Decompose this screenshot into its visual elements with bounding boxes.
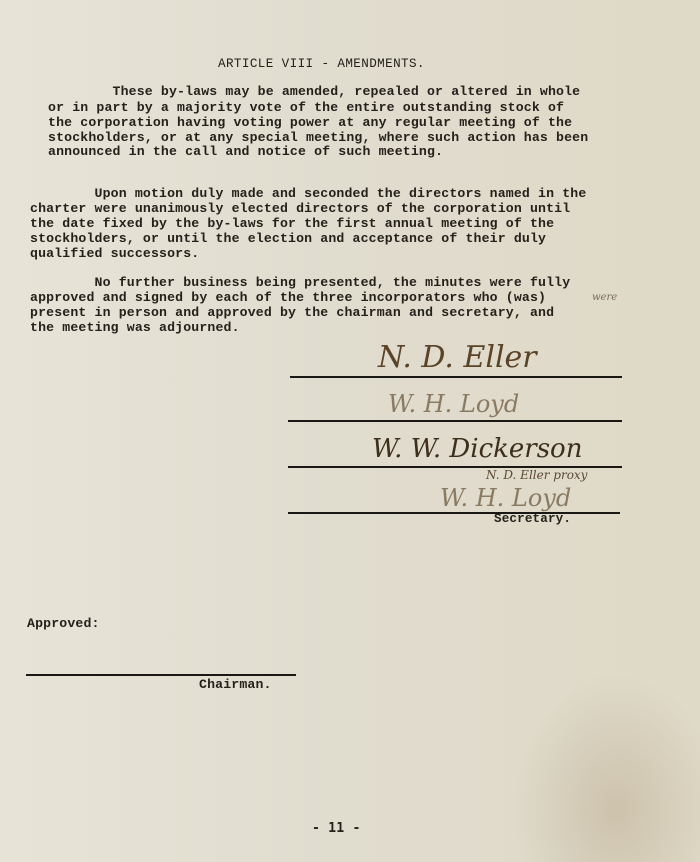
- text-line: the corporation having voting power at a…: [48, 116, 572, 131]
- text-line: qualified successors.: [30, 247, 199, 262]
- text-line: or in part by a majority vote of the ent…: [48, 101, 564, 116]
- handwritten-correction: were: [592, 292, 617, 303]
- signature-line: [290, 376, 622, 378]
- text-line: the meeting was adjourned.: [30, 321, 240, 336]
- text-line: stockholders, or until the election and …: [30, 232, 546, 247]
- text-line: Upon motion duly made and seconded the d…: [30, 187, 586, 202]
- text-line: No further business being presented, the…: [30, 276, 570, 291]
- signature-line: [288, 420, 622, 422]
- article-heading: ARTICLE VIII - AMENDMENTS.: [218, 57, 425, 72]
- text-line: charter were unanimously elected directo…: [30, 202, 570, 217]
- chairman-label: Chairman.: [199, 678, 272, 693]
- text-line: announced in the call and notice of such…: [48, 145, 443, 160]
- proxy-note: N. D. Eller proxy: [486, 468, 587, 482]
- signature-1: N. D. Eller: [378, 340, 537, 375]
- chairman-signature-line: [26, 674, 296, 676]
- secretary-label: Secretary.: [494, 512, 571, 527]
- text-line: the date fixed by the by-laws for the fi…: [30, 217, 554, 232]
- signature-4: W. H. Loyd: [440, 484, 571, 512]
- text-line: approved and signed by each of the three…: [30, 291, 546, 306]
- approved-label: Approved:: [27, 617, 100, 632]
- text-line: present in person and approved by the ch…: [30, 306, 554, 321]
- text-line: These by-laws may be amended, repealed o…: [48, 85, 580, 100]
- signature-2: W. H. Loyd: [388, 390, 519, 418]
- signature-3: W. W. Dickerson: [372, 434, 582, 464]
- page-number: - 11 -: [312, 822, 361, 837]
